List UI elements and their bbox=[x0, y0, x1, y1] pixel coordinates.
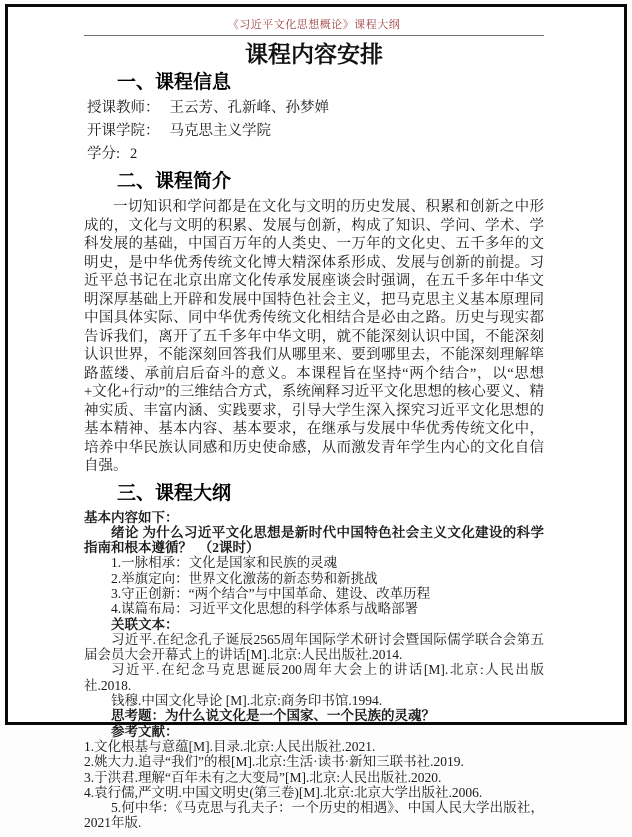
course-intro-paragraph: 一切知识和学问都是在文化与文明的历史发展、积累和创新之中形成的，文化与文明的积累… bbox=[84, 198, 544, 476]
section-heading-course-outline: 三、课程大纲 bbox=[84, 482, 544, 506]
info-value: 2 bbox=[130, 146, 137, 162]
info-value: 王云芳、孔新峰、孙梦婵 bbox=[170, 100, 330, 116]
course-info-list: 授课教师：王云芳、孔新峰、孙梦婵 开课学院：马克思主义学院 学分:2 bbox=[84, 97, 544, 166]
course-outline-body: 基本内容如下：绪论 为什么习近平文化思想是新时代中国特色社会主义文化建设的科学指… bbox=[84, 510, 544, 731]
outline-line: 1.一脉相承：文化是国家和民族的灵魂 bbox=[84, 555, 544, 570]
info-label: 学分: bbox=[87, 146, 120, 162]
document-content: 《习近平文化思想概论》课程大纲 课程内容安排 一、课程信息 授课教师：王云芳、孔… bbox=[8, 7, 624, 730]
info-label: 授课教师： bbox=[87, 100, 160, 116]
section-heading-course-info: 一、课程信息 bbox=[84, 71, 544, 95]
section-heading-course-intro: 二、课程简介 bbox=[84, 170, 544, 194]
outline-line: 习近平.在纪念马克思诞辰200周年大会上的讲话[M].北京:人民出版社.2018… bbox=[84, 662, 544, 693]
outline-line: 关联文本： bbox=[84, 617, 544, 632]
outline-line: 思考题：为什么说文化是一个国家、一个民族的灵魂？ bbox=[84, 708, 544, 723]
outline-line: 参考文献： bbox=[84, 724, 544, 730]
document-page: 《习近平文化思想概论》课程大纲 课程内容安排 一、课程信息 授课教师：王云芳、孔… bbox=[5, 4, 627, 725]
info-line-school: 开课学院：马克思主义学院 bbox=[84, 120, 544, 143]
info-label: 开课学院： bbox=[87, 123, 160, 139]
page-title: 课程内容安排 bbox=[84, 40, 544, 68]
info-line-teachers: 授课教师：王云芳、孔新峰、孙梦婵 bbox=[84, 97, 544, 120]
outline-line: 绪论 为什么习近平文化思想是新时代中国特色社会主义文化建设的科学指南和根本遵循？… bbox=[84, 525, 544, 556]
outline-line: 3.守正创新：“两个结合”与中国革命、建设、改革历程 bbox=[84, 586, 544, 601]
info-value: 马克思主义学院 bbox=[170, 123, 272, 139]
outline-line: 4.谋篇布局：习近平文化思想的科学体系与战略部署 bbox=[84, 601, 544, 616]
running-header-title: 《习近平文化思想概论》课程大纲 bbox=[228, 19, 401, 31]
info-line-credits: 学分:2 bbox=[84, 143, 544, 166]
outline-line: 基本内容如下： bbox=[84, 510, 544, 525]
outline-line: 习近平.在纪念孔子诞辰2565周年国际学术研讨会暨国际儒学联合会第五届会员大会开… bbox=[84, 632, 544, 663]
outline-line: 钱穆.中国文化导论 [M].北京:商务印书馆.1994. bbox=[84, 693, 544, 708]
outline-line: 2.举旗定向：世界文化激荡的新态势和新挑战 bbox=[84, 571, 544, 586]
running-header: 《习近平文化思想概论》课程大纲 bbox=[84, 11, 544, 36]
